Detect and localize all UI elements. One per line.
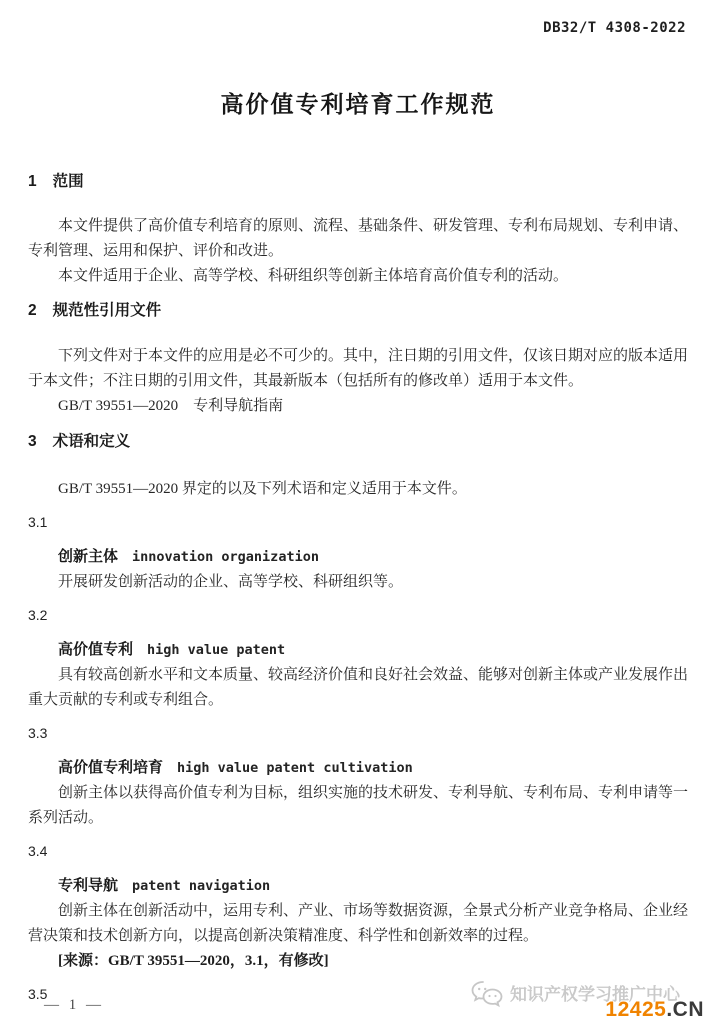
watermark: 知识产权学习推广中心 12425.CN	[470, 980, 700, 1018]
term-definition: 开展研发创新活动的企业、高等学校、科研组织等。	[28, 570, 688, 595]
term-zh: 高价值专利培育	[58, 759, 163, 776]
term-en: patent navigation	[132, 878, 270, 894]
term-definition: 具有较高创新水平和文本质量、较高经济价值和良好社会效益、能够对创新主体或产业发展…	[28, 663, 688, 713]
term-heading: 高价值专利培育high value patent cultivation	[28, 755, 688, 781]
watermark-brand-number: 12425	[605, 998, 666, 1021]
page-number: — 1 —	[44, 993, 104, 1018]
term-zh: 创新主体	[58, 548, 118, 565]
section-3-intro: GB/T 39551—2020 界定的以及下列术语和定义适用于本文件。	[28, 477, 688, 502]
section-3-heading: 3术语和定义	[28, 432, 688, 452]
term-heading: 高价值专利high value patent	[28, 637, 688, 663]
term-en: innovation organization	[132, 549, 319, 565]
section-title: 术语和定义	[53, 433, 131, 450]
section-2-reference: GB/T 39551—2020 专利导航指南	[28, 394, 688, 419]
section-title: 范围	[53, 173, 84, 190]
term-id: 3.4	[28, 839, 688, 864]
term-en: high value patent	[147, 642, 285, 658]
wechat-bubbles-icon	[470, 980, 504, 1008]
section-number: 1	[28, 173, 37, 190]
term-id: 3.3	[28, 721, 688, 746]
term-heading: 创新主体innovation organization	[28, 544, 688, 570]
term-definition: 创新主体以获得高价值专利为目标，组织实施的技术研发、专利导航、专利布局、专利申请…	[28, 781, 688, 831]
term-definition: 创新主体在创新活动中，运用专利、产业、市场等数据资源，全景式分析产业竞争格局、企…	[28, 899, 688, 949]
document-page: DB32/T 4308-2022 高价值专利培育工作规范 1范围 本文件提供了高…	[0, 0, 720, 1030]
section-2-paragraph-1: 下列文件对于本文件的应用是必不可少的。其中，注日期的引用文件，仅该日期对应的版本…	[28, 344, 688, 394]
term-zh: 高价值专利	[58, 641, 133, 658]
section-1-paragraph-1: 本文件提供了高价值专利培育的原则、流程、基础条件、研发管理、专利布局规划、专利申…	[28, 214, 688, 264]
section-title: 规范性引用文件	[53, 302, 162, 319]
term-en: high value patent cultivation	[177, 760, 413, 776]
term-source-note: [来源：GB/T 39551—2020，3.1，有修改]	[28, 949, 688, 974]
term-zh: 专利导航	[58, 877, 118, 894]
section-number: 2	[28, 302, 37, 319]
term-heading: 专利导航patent navigation	[28, 873, 688, 899]
standard-code: DB32/T 4308-2022	[543, 16, 686, 41]
watermark-brand: 12425.CN	[605, 997, 704, 1022]
section-1-paragraph-2: 本文件适用于企业、高等学校、科研组织等创新主体培育高价值专利的活动。	[28, 264, 688, 289]
section-2-heading: 2规范性引用文件	[28, 301, 688, 321]
term-id: 3.1	[28, 510, 688, 535]
term-id: 3.2	[28, 603, 688, 628]
watermark-brand-suffix: .CN	[666, 998, 704, 1021]
section-number: 3	[28, 433, 37, 450]
page-content: 高价值专利培育工作规范 1范围 本文件提供了高价值专利培育的原则、流程、基础条件…	[0, 0, 720, 1007]
section-1-heading: 1范围	[28, 172, 688, 192]
